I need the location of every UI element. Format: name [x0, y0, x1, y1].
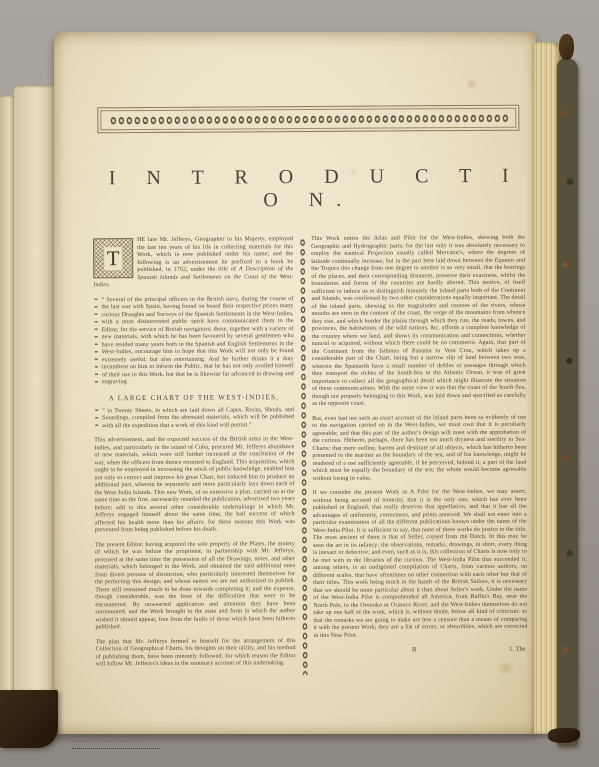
paragraph: This Work unites the Atlas and Pilot for… [311, 235, 526, 409]
book-photo: I N T R O D U C T I O N. THE late Mr. Je… [0, 0, 599, 767]
paragraph: The plan that Mr. Jefferys formed to him… [96, 638, 296, 669]
paragraph: If we consider the present Work as A Pil… [313, 489, 528, 640]
cover-edge-top [559, 34, 574, 60]
chain-ornament-icon [109, 112, 508, 125]
ornamental-initial-block: T [93, 238, 133, 278]
left-column: THE late Mr. Jefferys, Geographer to his… [93, 236, 296, 676]
marbled-fore-edge [557, 58, 578, 746]
book-page: I N T R O D U C T I O N. THE late Mr. Je… [54, 32, 536, 734]
scan-stamp-scale-bar [72, 748, 160, 749]
right-column: This Work unites the Atlas and Pilot for… [311, 235, 528, 675]
scan-stamp: ·········· ······ ········ ······· ····· [72, 740, 139, 744]
cover-corner [0, 690, 58, 748]
header-ornament-band [97, 105, 519, 134]
quoted-advertisement-continued: “ in Twenty Sheets, in which are laid do… [94, 407, 294, 431]
footer-line: B 1. The [314, 646, 528, 657]
text-columns: THE late Mr. Jefferys, Geographer to his… [93, 235, 528, 676]
stacked-page-edge-inner [14, 86, 58, 716]
paragraph: But, even had not such an exact account … [312, 414, 526, 483]
page-content: I N T R O D U C T I O N. THE late Mr. Je… [92, 105, 527, 676]
drop-cap-letter: T [104, 247, 123, 270]
opening-paragraph: THE late Mr. Jefferys, Geographer to his… [93, 236, 293, 290]
catchword: 1. The [509, 646, 526, 653]
paragraph: This advertisement, and the expected suc… [94, 436, 295, 535]
column-divider-ornament [298, 238, 310, 675]
paragraph: The present Editor, having acquired the … [95, 541, 296, 632]
quoted-advertisement: “ Several of the principal officers in t… [93, 296, 294, 387]
section-heading: A LARGE CHART OF THE WEST-INDIES, [94, 393, 294, 402]
cover-edge-bottom [548, 728, 580, 743]
page-title: I N T R O D U C T I O N. [93, 165, 525, 214]
signature-mark: B [412, 646, 416, 653]
